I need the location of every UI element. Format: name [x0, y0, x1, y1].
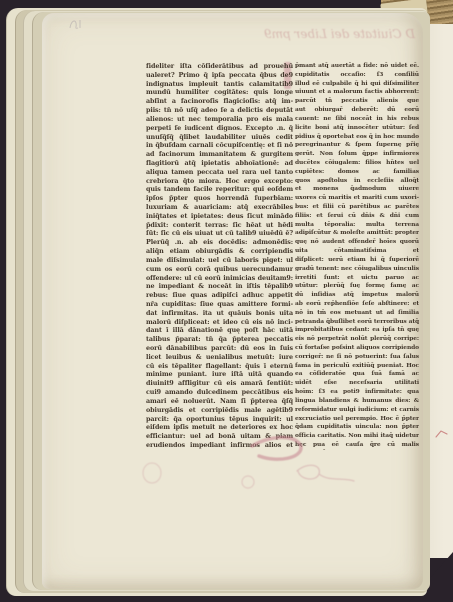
text-line: excruciatio uel perempio. Hoc ē p̄pter	[295, 415, 419, 424]
text-line: aliq̄n etiam obiurgādis & corripiendis	[146, 247, 293, 256]
text-line: irretiti ſunt: et uictu paruo ac tegumēt…	[295, 274, 419, 283]
text-line: parcit: q̄a oportunius tēpus inquirit: u…	[146, 415, 293, 424]
text-line: cū fortaſse poſsint aliquos corripiendo	[295, 344, 419, 353]
text-line: et monens q̄admodum uiuere debeant:	[295, 185, 419, 194]
text-line: eis nō perpetrāt nolūt plerūq̄ corripe:	[295, 335, 419, 344]
text-line: iniq̄tates et ipietates: deus ſicut minā…	[146, 212, 293, 221]
text-line: fama in periculū exitiūq̄ pueniat. Hoc n…	[295, 362, 419, 371]
text-line: uiuunt et a malorum factis abhorrent:	[295, 88, 419, 97]
text-line: cupiditatis occaſio: ſ3 conſiliū caritat…	[295, 71, 419, 80]
text-line: illud eē culpabile q̄ hi qui diſsimilite…	[295, 80, 419, 89]
text-line: minime puniant. iure iſtā uitā quando	[146, 370, 293, 379]
text-line: perpeti ſe iudicent dignos. Excepto .n. …	[146, 124, 293, 133]
text-line: hoīm: ſ3 ea poti9 infirmitate: qua delcā…	[295, 388, 419, 397]
text-line: licite boni atq̄ innocēter utūtur: ſed c…	[295, 124, 419, 133]
text-line: unuſq̄ſq̄ q̄libet laudabiliter uiuēs ced…	[146, 133, 293, 142]
text-line: quos apoſtolus in eccleſiis alloq̄t̄ doc…	[295, 177, 419, 186]
text-line: mundū humiliter cogitātes: quis longe	[146, 88, 293, 97]
text-line: utūtur: plerūq̄ ſuę formę famę ac ſaluti	[295, 282, 419, 291]
text-line: quę nō audent offender̄ hoīes quorū ſibi	[295, 238, 419, 247]
text-line: cum os eorū corā quibus uerecundamur	[146, 265, 293, 274]
text-line: piis: tn̄ nō uſq̄ adeo ſe a delictis dep…	[146, 106, 293, 115]
text-line: luxuriam & auariciam: atq̄ execrābiles	[146, 203, 293, 212]
text-line: obiurgādis et corripiēdis male agētib9	[146, 406, 293, 415]
text-line: officia caritatis. Non mihi itaq̄ uidetu…	[295, 432, 419, 441]
text-line: diſplicet: uerū etiam hi q̄ ſuperiorē ui…	[295, 256, 419, 265]
text-line: gerūt. Non ſolum q̄ppe infirmiores uitā	[295, 150, 419, 159]
pencil-mark	[66, 15, 86, 33]
text-line: Plerūq̄ .n. ab eis docēdis: admonēdis:	[146, 238, 293, 247]
text-line: multa tēporalia: multa terrena libenter	[295, 221, 419, 230]
running-head-showthrough: D Ciuitate dei Liber pm9	[232, 27, 447, 43]
text-line: ad facinorum immanitatem & gurgitem	[146, 150, 293, 159]
text-line: ipſos p̄pter quos horrendā ſuperbiam:	[146, 194, 293, 203]
text-line: alienos: ut nec temporalia pro eis mala	[146, 115, 293, 124]
text-line: nr̄a cupiditas: ſiue quas amittere formi…	[146, 300, 293, 309]
text-line: dant ī illā dānationē quę poſt hāc uitā	[146, 326, 293, 335]
text-line: diuinit9 affligitur cū eis amarā ſentiūt…	[146, 379, 293, 388]
text-line: male diſsimulat: uel cū laboris piget: u…	[146, 256, 293, 265]
text-line: indignatus impleuit tantis calamitatib9	[146, 80, 293, 89]
text-line: uidēt eſse neceſsaria utilitati erudiēdo…	[295, 379, 419, 388]
text-line: cū eis tēpaliter flagellant: q̄uis ī ete…	[146, 362, 293, 371]
text-line: nō in tm̄ eos metuant ut ad ſimilia per-	[295, 309, 419, 318]
text-line: flagitiorū atq̄ ipietatis abhoīationē: a…	[146, 159, 293, 168]
text-line: petranda q̄buſlibet eorū terroribus atq̄	[295, 318, 419, 327]
text-line: aut obiurgar̄ deberēt: dū eorū offēſioēs	[295, 106, 419, 115]
text-line: cauent: ne ſibi noceāt in his rebus q̄bu…	[295, 115, 419, 124]
text-line: ducētes cōiugalem: filios hn̄tes uel hr̄…	[295, 159, 419, 168]
text-line: improbitatibus cedant: ea ipſa tn̄ quę c…	[295, 326, 419, 335]
text-line: amari eē noluerūt. Nam ſi p̄pterea q̄ſq̄	[146, 397, 293, 406]
text-line: ſūt: ſic cū eis uiuat ut cū talib9 uiuēd…	[146, 229, 293, 238]
text-line: dat infirmitas. ita ut quāuis bonis uita	[146, 309, 293, 318]
text-line: adipiſcūtur & moleſte amittūt: propter	[295, 229, 419, 238]
text-line: dū inſidias atq̄ impetus malorū timent:	[295, 291, 419, 300]
text-line: uita cōtaminatiſsima et cōſceleratiſsima	[295, 247, 419, 256]
text-line: erudiendos impediant infirmos alios et	[146, 441, 293, 450]
text-line: crebriora q̄to miora. Hoc ergo excepto:	[146, 177, 293, 186]
text-line: p̄dixit: conterit terras: ſic hēat ut hē…	[146, 221, 293, 230]
text-line: q̄dam cupiditatis uincula: non p̄pter	[295, 423, 419, 432]
text-line: efficiantur: uel ad bonā uitam & piam	[146, 432, 293, 441]
text-line: licet leuibus & uenialibus metuūt: iure	[146, 353, 293, 362]
text-line: lingua blandiens & humanus dies: &	[295, 397, 419, 406]
text-line: peregrinantur & ſpem ſupernę pr̄ię prę ſ…	[295, 141, 419, 150]
text-line: ea cōſideratōe qua ſuā famā ac ſalutem	[295, 370, 419, 379]
text-line: uxores cū maritis et mariti cum uxori-	[295, 194, 419, 203]
text-line: p̄mant atq̄ auertāt a fide: nō uidet̄ eē…	[295, 62, 419, 71]
text-column-right: p̄mant atq̄ auertāt a fide: nō uidet̄ eē…	[295, 62, 419, 450]
text-line: ab eorū rep̄henſiōe ſeſe abſtinere: et q…	[295, 300, 419, 309]
text-line: quis tandem facile reperitur: qui eoſdem	[146, 185, 293, 194]
text-line: malorū diſpliceat: et ideo cū eis nō inc…	[146, 318, 293, 327]
text-line: parcūt tn̄ peccatis alienis que dedocere	[295, 97, 419, 106]
text-line: eorū dānabilibus parcūt: dū eos in ſuis	[146, 344, 293, 353]
manuscript-page: D Ciuitate dei Liber pm9 fideliter iſta …	[42, 13, 423, 589]
text-line: talibus p̄parat: tn̄ q̄a p̄pterea peccat…	[146, 335, 293, 344]
text-line: filiis: et ſerui cū dn̄is & dn̄i cum ſer…	[295, 212, 419, 221]
text-line: cupiētes: domos ac familias poſsidētes:	[295, 168, 419, 177]
text-line: ne impediant & noceāt in iſtis tēpalib9	[146, 282, 293, 291]
text-line: aliqua tamen peccata uel rara uel tanto	[146, 168, 293, 177]
text-line: hęc pua eē cauſa q̄re cū malis flagellen…	[295, 441, 419, 450]
text-line: abſint a facinoroſis flagicioſis: atq̄ i…	[146, 97, 293, 106]
text-line: rebus: ſiue quas adipiſci adhuc appetit	[146, 291, 293, 300]
text-line: cui9 amando dulcedinem peccātibus eis	[146, 388, 293, 397]
text-line: fideliter iſta cōſiderātibus ad prouehū	[146, 62, 293, 71]
text-line: bus: et filii cū parētibus ac parētes cu…	[295, 203, 419, 212]
text-line: reformidatur uulgi iudicium: et carnis	[295, 406, 419, 415]
text-line: gradū tenent: nec cōiugalibus uinculis	[295, 265, 419, 274]
photographed-book-page: { "book": { "running_head_showthrough": …	[0, 0, 453, 602]
text-column-left: fideliter iſta cōſiderātibus ad prouehūu…	[146, 62, 293, 450]
text-line: corriger̄: ne ſi nō potuerint: ſua ſalus…	[295, 353, 419, 362]
text-line: in q̄buſdam carnali cōcupiſcentię: et ſi…	[146, 141, 293, 150]
text-line: pidius q̄ oportebat eos q̄ in hoc mundo	[295, 133, 419, 142]
text-line: ualeret? Primo q̄ ipſa peccata q̄bus de9	[146, 71, 293, 80]
text-line: eiſdem ipſis metuit ne deteriores ex hoc	[146, 423, 293, 432]
text-line: offendere: ul cū eorū inimicias deuitam9…	[146, 274, 293, 283]
